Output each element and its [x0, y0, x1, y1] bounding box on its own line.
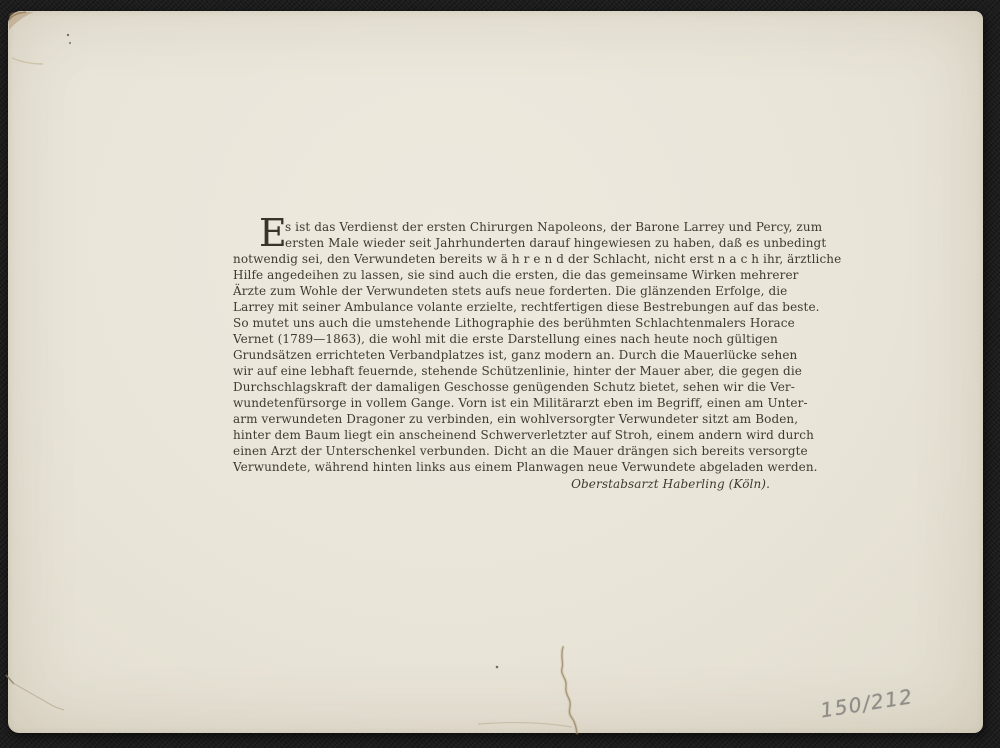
text-line: Vernet (1789—1863), die wohl mit die ers… — [233, 331, 770, 347]
paper-sheet: E s ist das Verdienst der ersten Chirurg… — [8, 11, 983, 733]
text-line: So mutet uns auch die umstehende Lithogr… — [233, 315, 770, 331]
bottom-crease — [478, 723, 572, 727]
text-line: Verwundete, während hinten links aus ein… — [233, 459, 770, 475]
corner-crease-dark — [6, 675, 14, 684]
scratch-mark — [12, 58, 43, 64]
scan-viewport: E s ist das Verdienst der ersten Chirurg… — [0, 0, 1000, 748]
speck — [67, 34, 69, 36]
text-line: hinter dem Baum liegt ein anscheinend Sc… — [233, 427, 770, 443]
crack-stain — [562, 647, 577, 733]
corner-crease — [13, 683, 64, 710]
text-line: wundetenfürsorge in vollem Gange. Vorn i… — [233, 395, 770, 411]
speck — [496, 666, 499, 669]
text-line: einen Arzt der Unterschenkel verbunden. … — [233, 443, 770, 459]
text-line: Hilfe angedeihen zu lassen, sie sind auc… — [233, 267, 770, 283]
text-line: wir auf eine lebhaft feuernde, stehende … — [233, 363, 770, 379]
printed-text-block: E s ist das Verdienst der ersten Chirurg… — [233, 219, 770, 492]
text-line: Grundsätzen errichteten Verbandplatzes i… — [233, 347, 770, 363]
text-line: notwendig sei, den Verwundeten bereits w… — [233, 251, 770, 267]
text-line: s ist das Verdienst der ersten Chirurgen… — [233, 219, 770, 235]
signature-line: Oberstabsarzt Haberling (Köln). — [233, 476, 770, 492]
text-line: Ärzte zum Wohle der Verwundeten stets au… — [233, 283, 770, 299]
text-line: Durchschlagskraft der damaligen Geschoss… — [233, 379, 770, 395]
crack-stain-halo — [562, 647, 577, 733]
corner-chip-edge — [9, 12, 26, 20]
speck — [69, 42, 71, 44]
text-line: ersten Male wieder seit Jahrhunderten da… — [233, 235, 770, 251]
dropcap-initial: E — [259, 214, 287, 252]
corner-chip-stain — [9, 12, 34, 30]
text-line: Larrey mit seiner Ambulance volante erzi… — [233, 299, 770, 315]
catalog-number-pencil: 150/212 — [819, 682, 931, 723]
text-line: arm verwundeten Dragoner zu verbinden, e… — [233, 411, 770, 427]
